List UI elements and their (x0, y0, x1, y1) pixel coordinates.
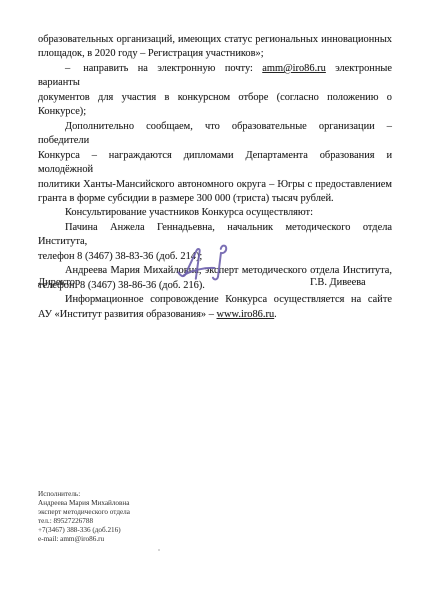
handwritten-signature-icon (174, 242, 232, 293)
document-line: АУ «Институт развития образования» – www… (38, 308, 392, 322)
document-line: площадок, в 2020 году – Регистрация учас… (38, 47, 392, 61)
scan-artifact-speck (158, 549, 160, 551)
footer-line: тел.: 89527226788 (38, 517, 130, 526)
footer-line: +7(3467) 388-336 (доб.216) (38, 526, 130, 535)
text-segment: Дополнительно сообщаем, что образователь… (38, 121, 392, 146)
text-segment: площадок, в 2020 году – Регистрация учас… (38, 48, 264, 59)
text-segment: образовательных организаций, имеющих ста… (38, 34, 392, 45)
signer-title: Директор (38, 277, 80, 288)
text-segment: гранта в форме субсидии в размере 300 00… (38, 193, 334, 204)
document-line: Дополнительно сообщаем, что образователь… (38, 120, 392, 149)
text-segment: документов для участия в конкурсном отбо… (38, 92, 392, 117)
text-segment: . (274, 309, 277, 320)
text-segment: – (65, 63, 70, 74)
text-segment: Консультирование участников Конкурса осу… (65, 207, 313, 218)
document-line: Информационное сопровождение Конкурса ос… (38, 293, 392, 307)
executor-footer: Исполнитель:Андреева Мария Михайловнаэкс… (38, 490, 130, 545)
document-line: образовательных организаций, имеющих ста… (38, 33, 392, 47)
footer-line: эксперт методического отдела (38, 508, 130, 517)
document-line: политики Ханты-Мансийского автономного о… (38, 178, 392, 192)
scanned-letter-page: образовательных организаций, имеющих ста… (0, 0, 424, 599)
email-link: amm@iro86.ru (262, 63, 326, 74)
document-line: гранта в форме субсидии в размере 300 00… (38, 192, 392, 206)
document-line: документов для участия в конкурсном отбо… (38, 91, 392, 120)
signer-name: Г.В. Дивеева (310, 277, 366, 288)
text-segment: Информационное сопровождение Конкурса ос… (65, 294, 392, 305)
text-segment: политики Ханты-Мансийского автономного о… (38, 179, 392, 190)
text-segment: АУ «Институт развития образования» – (38, 309, 217, 320)
document-line: Конкурса – награждаются дипломами Департ… (38, 149, 392, 178)
footer-line: Исполнитель: (38, 490, 130, 499)
text-segment: Конкурса – награждаются дипломами Департ… (38, 150, 392, 175)
footer-line: e-mail: amm@iro86.ru (38, 535, 130, 544)
text-segment: направить на электронную почту: (83, 63, 262, 74)
footer-line: Андреева Мария Михайловна (38, 499, 130, 508)
document-line: Консультирование участников Конкурса осу… (38, 206, 392, 220)
website-link: www.iro86.ru (217, 309, 275, 320)
document-line: –направить на электронную почту: amm@iro… (38, 62, 392, 91)
